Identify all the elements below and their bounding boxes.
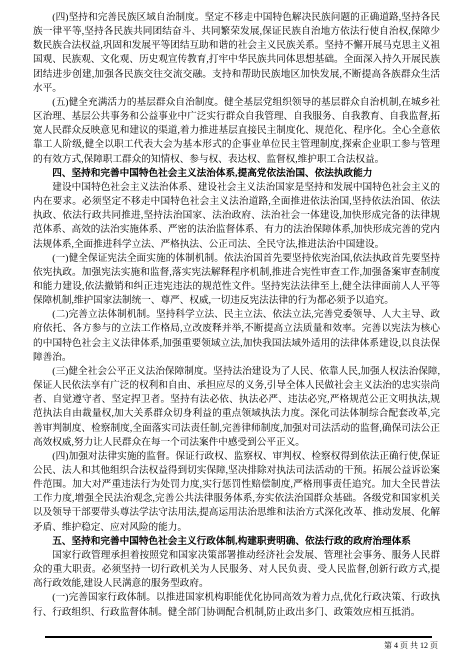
paragraph: (五)健全充满活力的基层群众自治制度。健全基层党组织领导的基层群众自治机制,在城… <box>33 96 440 167</box>
paragraph: 建设中国特色社会主义法治体系、建设社会主义法治国家是坚持和发展中国特色社会主义的… <box>33 181 440 252</box>
section-heading: 四、坚持和完善中国特色社会主义法治体系,提高党依法治国、依法执政能力 <box>33 167 440 181</box>
document-body: (四)坚持和完善民族区域自治制度。坚定不移走中国特色解决民族问题的正确道路,坚持… <box>33 11 440 620</box>
paragraph: (三)健全社会公平正义法治保障制度。坚持法治建设为了人民、依靠人民,加强人权法治… <box>33 365 440 450</box>
paragraph: (四)坚持和完善民族区域自治制度。坚定不移走中国特色解决民族问题的正确道路,坚持… <box>33 11 440 96</box>
paragraph: (一)健全保证宪法全面实施的体制机制。依法治国首先要坚持依宪治国,依法执政首先要… <box>33 252 440 309</box>
document-page: (四)坚持和完善民族区域自治制度。坚定不移走中国特色解决民族问题的正确道路,坚持… <box>0 0 473 660</box>
paragraph: (二)完善立法体制机制。坚持科学立法、民主立法、依法立法,完善党委领导、人大主导… <box>33 308 440 365</box>
paragraph: 国家行政管理承担着按照党和国家决策部署推动经济社会发展、管理社会事务、服务人民群… <box>33 549 440 591</box>
paragraph: (四)加强对法律实施的监督。保证行政权、监察权、审判权、检察权得到依法正确行使,… <box>33 450 440 535</box>
page-number: 第 4 页 共 12 页 <box>384 641 438 651</box>
section-heading: 五、坚持和完善中国特色社会主义行政体制,构建职责明确、依法行政的政府治理体系 <box>33 535 440 549</box>
footer-divider <box>45 636 432 638</box>
paragraph: (一)完善国家行政体制。以推进国家机构职能优化协同高效为着力点,优化行政决策、行… <box>33 591 440 619</box>
